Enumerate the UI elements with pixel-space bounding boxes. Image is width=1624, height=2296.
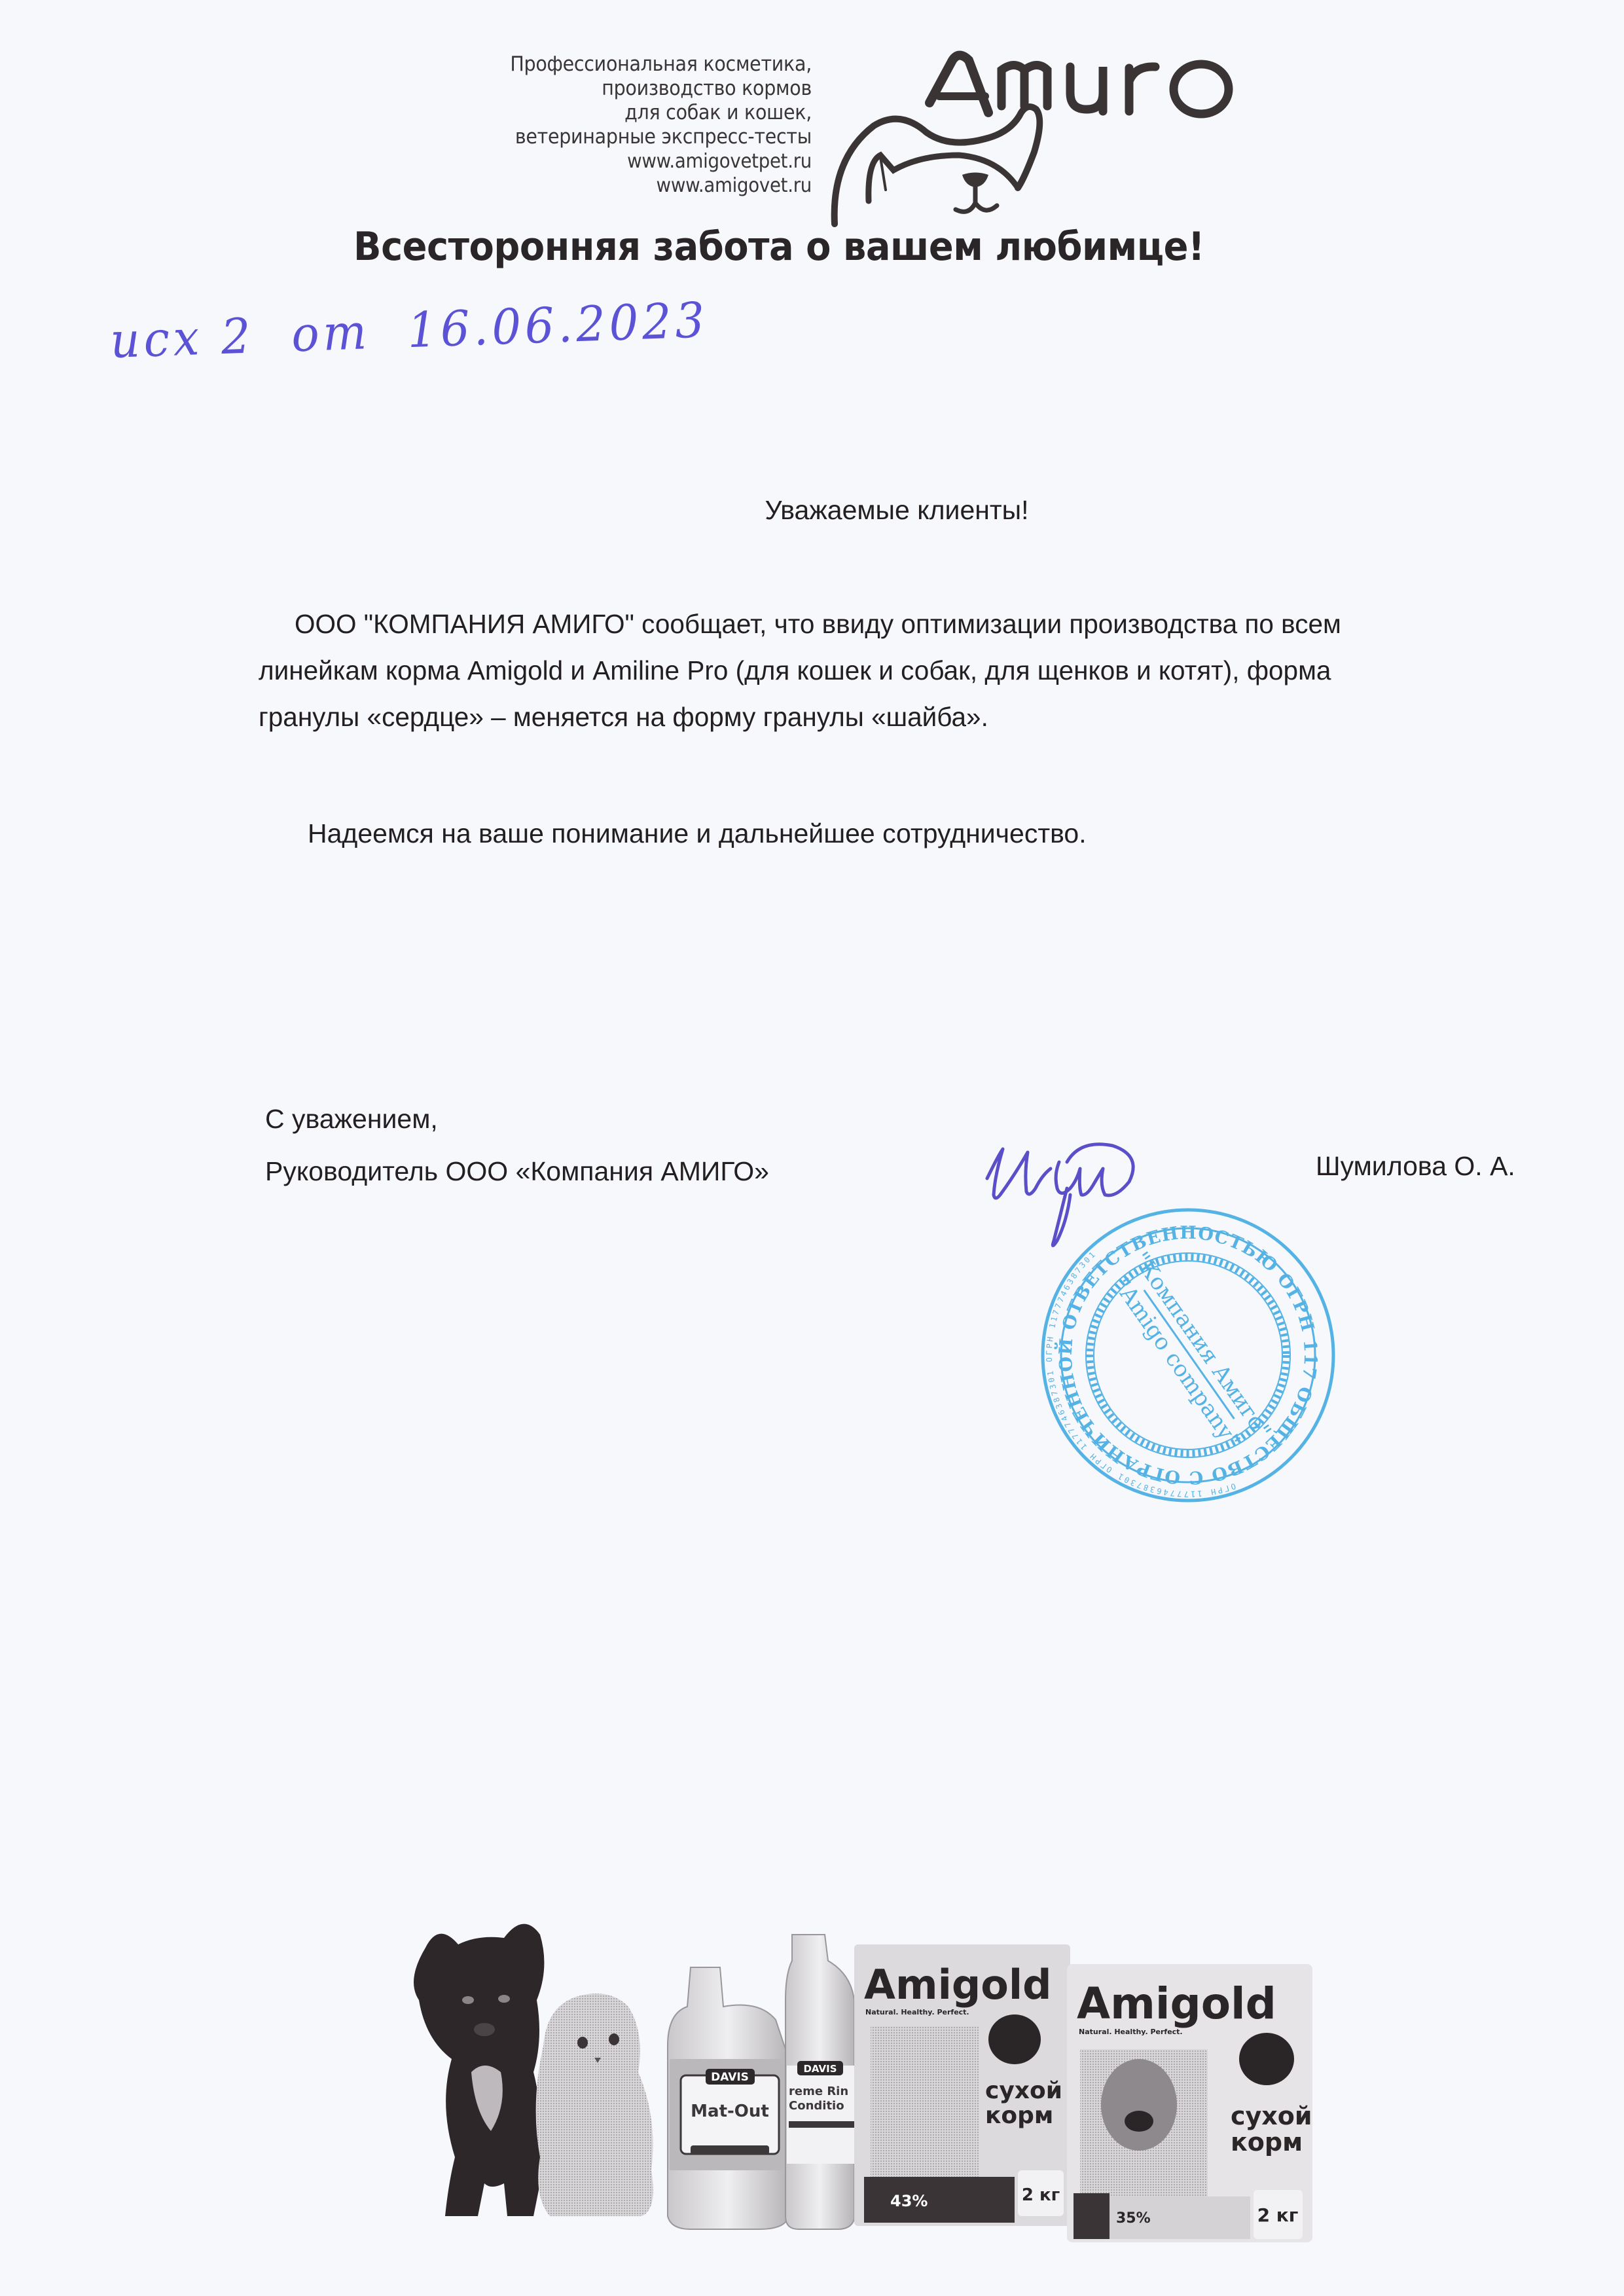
tagline-line: для собак и кошек, [402, 101, 812, 125]
website-link[interactable]: www.amigovetpet.ru [402, 149, 812, 173]
svg-text:Natural. Healthy. Perfect.: Natural. Healthy. Perfect. [865, 2008, 969, 2016]
mat-out-product-label: Mat-Out [691, 2102, 769, 2121]
protein-percent-cat: 43% [890, 2192, 928, 2210]
bag-weight-dog: 2 кг [1257, 2204, 1299, 2226]
website-link[interactable]: www.amigovet.ru [402, 173, 812, 198]
company-seal-stamp: ОГРН 1177746387301 ОГРН 1177746387301 ОГ… [1038, 1205, 1339, 1506]
letter-body-paragraph: ООО "КОМПАНИЯ АМИГО" сообщает, что ввиду… [259, 601, 1545, 740]
amigold-brand-label: Amigold [864, 1961, 1051, 2009]
svg-text:ОБЩЕСТВО С ОГРАНИЧЕННОЙ ОТВЕТС: ОБЩЕСТВО С ОГРАНИЧЕННОЙ ОТВЕТСТВЕННОСТЬЮ… [1038, 1205, 1339, 1506]
handwritten-reference-note: исх 2от16.06.2023 [109, 291, 746, 369]
signer-position: Руководитель ООО «Компания АМИГО» [265, 1156, 769, 1187]
tagline-line: производство кормов [402, 77, 812, 101]
pets-and-products-illustration: DAVIS Mat-Out DAVIS reme Rin Conditio Am… [393, 1908, 1348, 2255]
chihuahua-dog-image [414, 1924, 544, 2216]
cat-face-logo-icon [828, 41, 1260, 230]
body-line: ООО "КОМПАНИЯ АМИГО" сообщает, что ввиду… [259, 601, 1545, 647]
davis-creme-rinse-bottle-image: DAVIS reme Rin Conditio [785, 1935, 854, 2229]
amigo-logo [828, 41, 1260, 230]
signer-name: Шумилова О. А. [1316, 1151, 1515, 1182]
svg-text:Natural. Healthy. Perfect.: Natural. Healthy. Perfect. [1079, 2028, 1183, 2036]
from-label: от [291, 304, 371, 363]
svg-text:корм: корм [1231, 2128, 1303, 2157]
regards-text: С уважением, [265, 1104, 438, 1135]
svg-text:reme Rin: reme Rin [789, 2085, 848, 2098]
letter-closing-line: Надеемся на ваше понимание и дальнейшее … [308, 818, 1087, 849]
company-tagline: Профессиональная косметика, производство… [402, 52, 812, 198]
amigold-cat-food-bag-image: Amigold Natural. Healthy. Perfect. сухой… [854, 1944, 1070, 2226]
body-line: линейкам корма Amigold и Amiline Pro (дл… [259, 647, 1545, 694]
note-date: 16.06.2023 [406, 292, 709, 359]
davis-mat-out-bottle-image: DAVIS Mat-Out [668, 1967, 789, 2229]
svg-text:DAVIS: DAVIS [803, 2063, 837, 2075]
svg-text:сухой: сухой [1231, 2102, 1312, 2130]
body-line: гранулы «сердце» – меняется на форму гра… [259, 694, 1545, 740]
round-seal-icon: ОГРН 1177746387301 ОГРН 1177746387301 ОГ… [1038, 1205, 1339, 1506]
svg-text:Conditio: Conditio [789, 2099, 844, 2113]
tagline-line: ветеринарные экспресс-тесты [402, 125, 812, 149]
amigold-brand-label: Amigold [1077, 1978, 1276, 2029]
outgoing-ref-number: исх 2 [109, 308, 255, 369]
svg-text:корм: корм [985, 2102, 1053, 2129]
letter-greeting: Уважаемые клиенты! [720, 495, 1074, 526]
davis-brand-label: DAVIS [711, 2071, 749, 2084]
protein-percent-dog: 35% [1116, 2210, 1151, 2227]
company-slogan: Всесторонняя забота о вашем любимце! [353, 224, 1242, 270]
tagline-line: Профессиональная косметика, [402, 52, 812, 77]
amigold-dog-food-bag-image: Amigold Natural. Healthy. Perfect. сухой… [1067, 1964, 1312, 2242]
stamp-ring-text: ОБЩЕСТВО С ОГРАНИЧЕННОЙ ОТВЕТСТВЕННОСТЬЮ… [1038, 1205, 1339, 1506]
product-banner-photo: DAVIS Mat-Out DAVIS reme Rin Conditio Am… [393, 1908, 1348, 2255]
bag-weight-cat: 2 кг [1022, 2185, 1060, 2205]
fluffy-kitten-image [536, 1994, 653, 2216]
svg-text:сухой: сухой [985, 2077, 1062, 2104]
